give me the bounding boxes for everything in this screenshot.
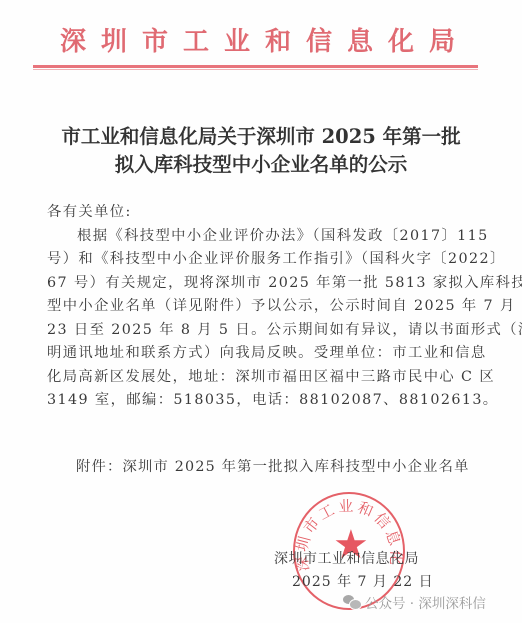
document-body: 各有关单位: 根据《科技型中小企业评价办法》（国科发政〔2017〕115 号）和…: [47, 201, 479, 413]
wechat-icon: [343, 595, 361, 609]
attachment-note: 附件：深圳市 2025 年第一批拟入库科技型中小企业名单: [76, 456, 470, 476]
body-line: 根据《科技型中小企业评价办法》（国科发政〔2017〕115: [47, 225, 479, 249]
letterhead-title: 深圳市工业和信息化局: [60, 24, 460, 60]
watermark-text: 公众号 · 深圳深科信: [365, 592, 486, 612]
body-line: 67 号）有关规定，现将深圳市 2025 年第一批 5813 家拟入库科技: [47, 272, 479, 296]
body-line: 化局高新区发展处，地址：深圳市福田区福中三路市民中心 C 区: [47, 366, 479, 390]
title-line-2: 拟入库科技型中小企业名单的公示: [30, 151, 492, 179]
signature-date: 2025 年 7 月 22 日: [292, 571, 434, 591]
body-line: 号）和《科技型中小企业评价服务工作指引》（国科火字〔2022〕: [47, 248, 479, 272]
document-title: 市工业和信息化局关于深圳市 2025 年第一批 拟入库科技型中小企业名单的公示: [30, 123, 492, 179]
signature-org: 深圳市工业和信息化局: [274, 548, 419, 568]
watermark: 公众号 · 深圳深科信: [343, 592, 486, 612]
title-line-1: 市工业和信息化局关于深圳市 2025 年第一批: [30, 123, 492, 151]
salutation: 各有关单位:: [47, 201, 479, 225]
body-line: 明通讯地址和联系方式）向我局反映。受理单位：市工业和信息: [47, 342, 479, 366]
letterhead-rule-thin: [33, 69, 478, 70]
body-line: 3149 室，邮编：518035，电话：88102087、88102613。: [47, 389, 479, 413]
letterhead-rule-thick: [33, 65, 478, 68]
body-line: 型中小企业名单（详见附件）予以公示，公示时间自 2025 年 7 月: [47, 295, 479, 319]
document-page: 深圳市工业和信息化局 市工业和信息化局关于深圳市 2025 年第一批 拟入库科技…: [0, 0, 522, 623]
body-line: 23 日至 2025 年 8 月 5 日。公示期间如有异议，请以书面形式（注: [47, 319, 479, 343]
